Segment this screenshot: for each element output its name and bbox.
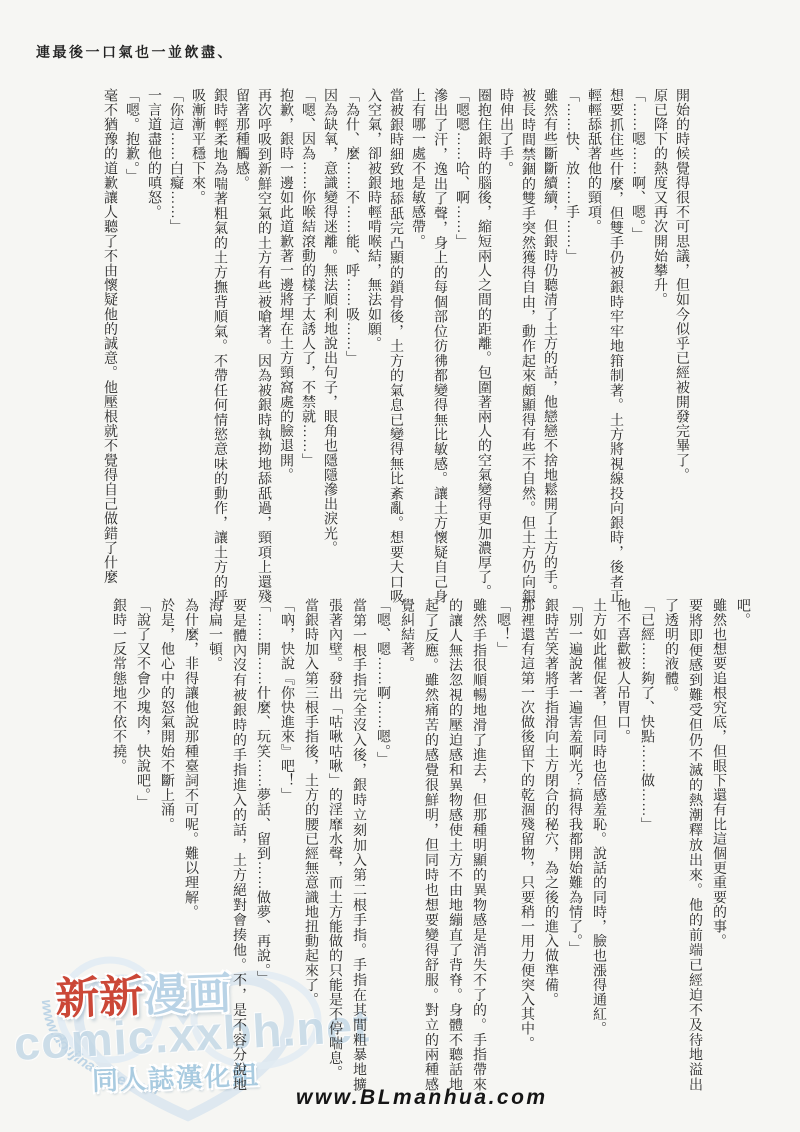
- novel-paragraph: 「別一遍說著一遍害羞啊光？搞得我都開始難為情了。」: [562, 598, 586, 1092]
- novel-paragraph: 要是體內沒有被銀時的手指進入的話，土方絕對會揍他。不，是不容分說地海扁一頓。: [202, 598, 250, 1092]
- novel-paragraph: 因為缺氧，意識變得迷離。無法順利地說出句子，眼角也隱隱滲出淚光。: [318, 88, 340, 604]
- novel-paragraph: 「為什、麼……不……能、呼……吸……」: [340, 88, 362, 604]
- novel-paragraph: 為什麼，非得讓他說那種臺詞不可呢。難以理解。: [178, 598, 202, 1092]
- novel-paragraph: 要將即便感到難受但仍不滅的熱潮釋放出來。他的前端已經迫不及待地溢出了透明的液體。: [658, 598, 706, 1092]
- novel-text-lower-block: 吧。 雖然也想要追根究底，但眼下還有比這個更重要的事。 要將即便感到難受但仍不滅…: [106, 598, 754, 1092]
- novel-paragraph: 「嗯。抱歉。」: [120, 88, 142, 604]
- novel-paragraph: 當被銀時細致地舔舐完凸顯的鎖骨後，土方的氣息已變得無比紊亂。想要大口吸入空氣，卻…: [362, 88, 406, 604]
- novel-paragraph: 當銀時加入第三根手指後，土方的腰已經無意識地扭動起來了。: [298, 598, 322, 1092]
- novel-paragraph: 雖然手指很順暢地滑了進去，但那種明顯的異物感是消失不了的。手指帶來的讓人無法忽視…: [394, 598, 490, 1092]
- novel-paragraph: 滲出了汗，逸出了聲，身上的每個部位彷彿都變得無比敏感。讓土方懷疑自己身上有哪一處…: [406, 88, 450, 604]
- novel-paragraph: 開始的時候覺得很不可思議，但如今似乎已經被開發完畢了。: [670, 88, 692, 604]
- novel-paragraph: 「嗯、嗯……啊……嗯。」: [370, 598, 394, 1092]
- novel-paragraph: 「……嗯……啊、嗯。」: [626, 88, 648, 604]
- novel-paragraph: 雖然有些斷斷續續，但銀時仍聽清了土方的話，他戀戀不捨地鬆開了土方的手。: [538, 88, 560, 604]
- novel-paragraph: 「嗯！」: [490, 598, 514, 1092]
- novel-paragraph: 「吶，快說『你快進來』吧！」: [274, 598, 298, 1092]
- novel-paragraph: 吧。: [730, 598, 754, 1092]
- novel-paragraph: 土方如此催促著，但同時也倍感羞恥。說話的同時，臉也漲得通紅。: [586, 598, 610, 1092]
- novel-paragraph: 「嗯嗯……哈、啊……」: [450, 88, 472, 604]
- novel-paragraph: 原已降下的熱度又再次開始攀升。: [648, 88, 670, 604]
- novel-paragraph: 銀時一反常態地不依不撓。: [106, 598, 130, 1092]
- novel-paragraph: 那裡還有這第一次做後留下的乾涸殘留物，只要稍一用力便突入其中。: [514, 598, 538, 1092]
- scanned-novel-page: 連最後一口氣也一並飲盡、 www.doujinanime.com 新新漫画 co…: [0, 0, 800, 1132]
- novel-paragraph: 想要抓住些什麼，但雙手仍被銀時牢牢地箝制著。土方將視線投向銀時，後者正輕輕舔舐著…: [582, 88, 626, 604]
- novel-text-upper-block: 開始的時候覺得很不可思議，但如今似乎已經被開發完畢了。 原已降下的熱度又再次開始…: [98, 88, 692, 604]
- novel-paragraph: 當第一根手指完全沒入後，銀時立刻加入第二根手指。手指在其間粗暴地擴張著內壁。發出…: [322, 598, 370, 1092]
- novel-paragraph: 雖然也想要追根究底，但眼下還有比這個更重要的事。: [706, 598, 730, 1092]
- novel-paragraph: 「……開……什麼、玩笑……夢話、留到……做夢、再說。」: [250, 598, 274, 1092]
- novel-paragraph: 「已經……夠了、快點……做……」: [634, 598, 658, 1092]
- novel-paragraph: 圈抱住銀時的腦後，縮短兩人之間的距離。包圍著兩人的空氣變得更加濃厚了。: [472, 88, 494, 604]
- novel-paragraph: 「嗯、因為……你喉結滾動的樣子太誘人了，不禁就……」: [296, 88, 318, 604]
- page-header: 連最後一口氣也一並飲盡、: [36, 42, 234, 62]
- novel-paragraph: 一言道盡他的嗔怒。: [142, 88, 164, 604]
- footer-site-url: www.BLmanhua.com: [296, 1086, 548, 1110]
- novel-paragraph: 「……快、放……手……」: [560, 88, 582, 604]
- novel-paragraph: 抱歉，銀時一邊如此道歉著一邊將埋在土方頸窩處的臉退開。: [274, 88, 296, 604]
- novel-paragraph: 被長時間禁錮的雙手突然獲得自由，動作起來頗顯得有些不自然。但土方仍向銀時伸出了手…: [494, 88, 538, 604]
- novel-paragraph: 「你這……白癡……」: [164, 88, 186, 604]
- novel-paragraph: 再次呼吸到新鮮空氣的土方有些被嗆著。因為被銀時執拗地舔舐過，頸項上還殘留著那種觸…: [230, 88, 274, 604]
- novel-paragraph: 銀時輕柔地為喘著粗氣的土方撫背順氣。不帶任何情慾意味的動作，讓土方的呼吸漸漸平穩…: [186, 88, 230, 604]
- novel-paragraph: 於是，他心中的怒氣開始不斷上涌。: [154, 598, 178, 1092]
- novel-paragraph: 他不喜歡被人吊胃口。: [610, 598, 634, 1092]
- novel-paragraph: 毫不猶豫的道歉讓人聽了不由懷疑他的誠意。他壓根就不覺得自己做錯了什麼: [98, 88, 120, 604]
- novel-paragraph: 「說了又不會少塊肉，快說吧。」: [130, 598, 154, 1092]
- novel-paragraph: 銀時苦笑著將手指滑向土方閉合的秘穴，為之後的進入做準備。: [538, 598, 562, 1092]
